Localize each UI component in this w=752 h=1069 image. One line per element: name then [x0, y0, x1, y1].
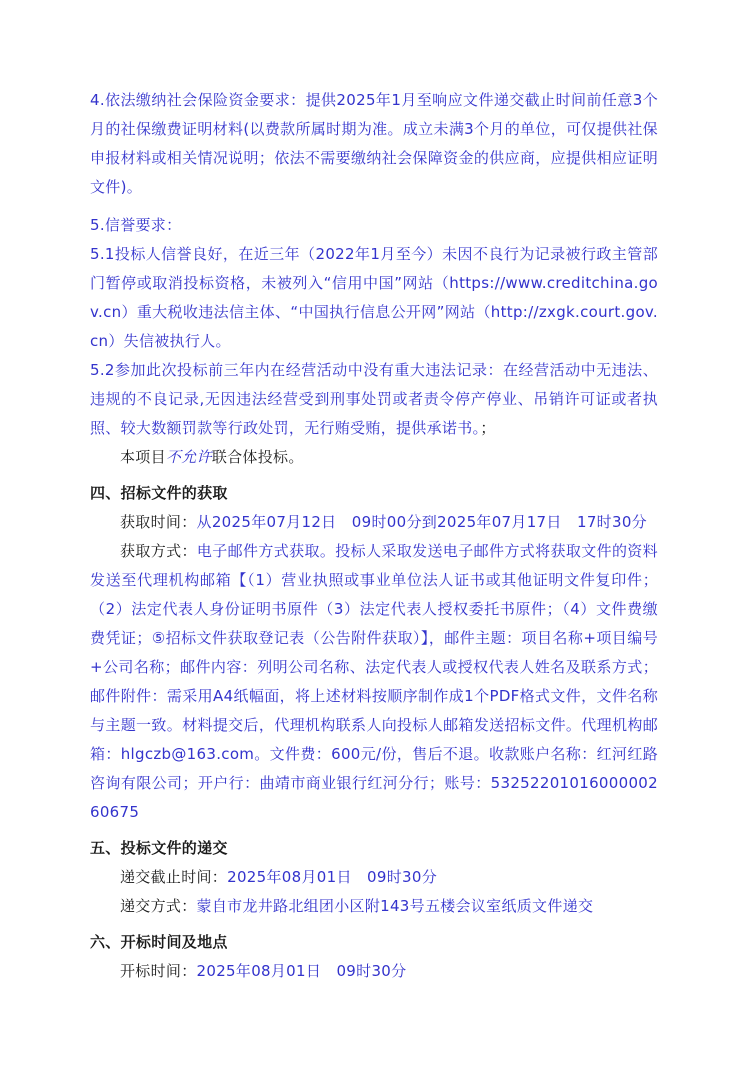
section-heading: 六、开标时间及地点 — [90, 928, 658, 957]
text-run: 联合体投标。 — [212, 448, 304, 466]
text-run: 5.1投标人信誉良好，在近三年（2022年1月至今）未因不良行为记录被行政主管部… — [90, 245, 658, 350]
text-run: 5.信誉要求： — [90, 216, 181, 234]
paragraph: 5.2参加此次投标前三年内在经营活动中没有重大违法记录：在经营活动中无违法、违规… — [90, 356, 658, 443]
paragraph: 递交截止时间：2025年08月01日 09时30分 — [90, 863, 658, 892]
text-run: 电子邮件方式获取。投标人采取发送电子邮件方式将获取文件的资料发送至代理机构邮箱【… — [90, 542, 658, 821]
paragraph: 5.1投标人信誉良好，在近三年（2022年1月至今）未因不良行为记录被行政主管部… — [90, 240, 658, 356]
text-run: 递交截止时间： — [120, 868, 227, 886]
text-run: 六、开标时间及地点 — [90, 933, 228, 951]
document-page: 4.依法缴纳社会保险资金要求：提供2025年1月至响应文件递交截止时间前任意3个… — [0, 0, 752, 1069]
paragraph: 4.依法缴纳社会保险资金要求：提供2025年1月至响应文件递交截止时间前任意3个… — [90, 86, 658, 202]
text-run: 获取时间： — [120, 513, 197, 531]
text-run: 从2025年07月12日 09时00分到2025年07月17日 17时30分 — [197, 513, 647, 531]
text-run: 本项目 — [120, 448, 166, 466]
paragraph: 获取方式：电子邮件方式获取。投标人采取发送电子邮件方式将获取文件的资料发送至代理… — [90, 537, 658, 827]
text-run: 2025年08月01日 09时30分 — [197, 962, 407, 980]
text-run: 4.依法缴纳社会保险资金要求：提供2025年1月至响应文件递交截止时间前任意3个… — [90, 91, 658, 196]
paragraph: 5.信誉要求： — [90, 211, 658, 240]
paragraph: 递交方式：蒙自市龙井路北组团小区附143号五楼会议室纸质文件递交 — [90, 892, 658, 921]
text-run: 五、投标文件的递交 — [90, 839, 228, 857]
text-run: 蒙自市龙井路北组团小区附143号五楼会议室纸质文件递交 — [197, 897, 594, 915]
text-run: 2025年08月01日 09时30分 — [227, 868, 437, 886]
section-heading: 五、投标文件的递交 — [90, 834, 658, 863]
text-run: ； — [480, 419, 495, 437]
text-run: 开标时间： — [120, 962, 197, 980]
paragraph: 开标时间：2025年08月01日 09时30分 — [90, 957, 658, 986]
section-heading: 四、招标文件的获取 — [90, 479, 658, 508]
text-run: 5.2参加此次投标前三年内在经营活动中没有重大违法记录：在经营活动中无违法、违规… — [90, 361, 658, 437]
paragraph: 获取时间：从2025年07月12日 09时00分到2025年07月17日 17时… — [90, 508, 658, 537]
document-body: 4.依法缴纳社会保险资金要求：提供2025年1月至响应文件递交截止时间前任意3个… — [90, 86, 658, 986]
text-run: 递交方式： — [120, 897, 197, 915]
text-run: 不允许 — [166, 448, 212, 466]
paragraph: 本项目不允许联合体投标。 — [90, 443, 658, 472]
text-run: 获取方式： — [120, 542, 197, 560]
text-run: 四、招标文件的获取 — [90, 484, 228, 502]
